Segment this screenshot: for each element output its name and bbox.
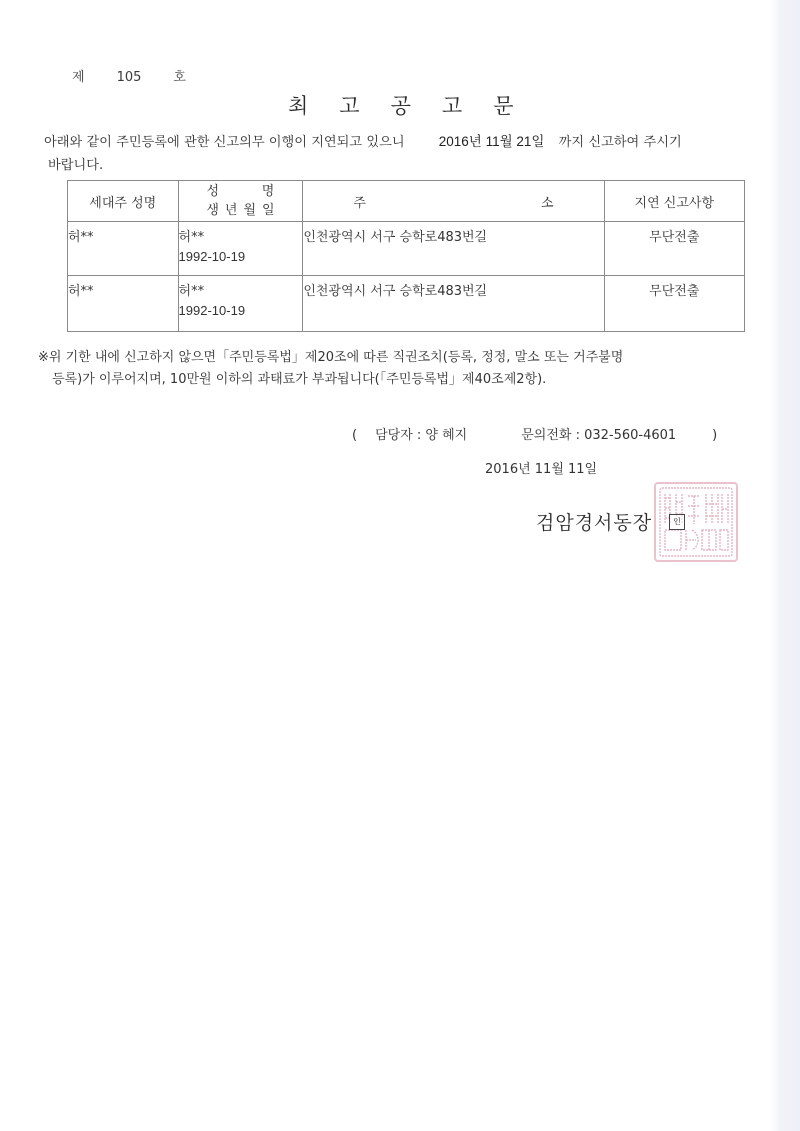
cell-name-birthdate: 허** 1992-10-19 (178, 276, 303, 332)
overdue-report-table: 세대주 성명 성 명 생년월일 주 소 지연 신고사항 허** (67, 180, 745, 332)
title-char: 고 (442, 90, 462, 120)
legal-notice-line1: ※위 기한 내에 신고하지 않으면「주민등록법」제20조에 따른 직권조치(등록… (38, 347, 768, 369)
header-address-right: 소 (541, 192, 554, 211)
contact-close-paren: ) (712, 428, 717, 443)
document-number-prefix: 제 (72, 66, 85, 85)
table-row: 허** 허** 1992-10-19 인천광역시 서구 승학로483번길 무단전… (68, 222, 745, 276)
header-name-left: 성 (207, 182, 220, 201)
page-title: 최고공고문 (288, 90, 513, 120)
intro-paragraph: 아래와 같이 주민등록에 관한 신고의무 이행이 지연되고 있으니 2016년 … (44, 130, 764, 177)
scan-edge-shadow (770, 0, 800, 1131)
cell-birthdate: 1992-10-19 (179, 247, 303, 266)
header-status: 지연 신고사항 (604, 181, 744, 222)
issue-date: 2016년 11월 11일 (485, 458, 597, 477)
deadline-date: 2016년 11월 21일 (439, 130, 545, 153)
cell-status: 무단전출 (604, 276, 744, 332)
seal-glyph-icon (656, 484, 736, 560)
cell-address: 인천광역시 서구 승학로483번길 (303, 222, 604, 276)
intro-text-line2: 바랍니다. (44, 154, 764, 177)
contact-info: (담당자 : 양 혜지문의전화 : 032-560-4601) (352, 424, 717, 443)
title-char: 공 (391, 90, 411, 120)
document-number-suffix: 호 (173, 66, 186, 85)
cell-name: 허** (179, 228, 303, 247)
title-char: 문 (493, 90, 513, 120)
cell-householder: 허** (68, 276, 179, 332)
header-householder: 세대주 성명 (68, 181, 179, 222)
contact-open-paren: ( (352, 428, 357, 443)
document-number-value: 105 (117, 70, 142, 85)
seal-mark-box: 인 (669, 514, 685, 530)
cell-name: 허** (179, 282, 303, 301)
cell-status: 무단전출 (604, 222, 744, 276)
intro-text-after: 까지 신고하여 주시기 (559, 135, 682, 150)
header-name-birthdate: 성 명 생년월일 (178, 181, 303, 222)
header-address: 주 소 (303, 181, 604, 222)
table-header-row: 세대주 성명 성 명 생년월일 주 소 지연 신고사항 (68, 181, 745, 222)
document-number: 제105호 (72, 66, 186, 85)
header-address-left: 주 (353, 192, 366, 211)
legal-notice-line2: 등록)가 이루어지며, 10만원 이하의 과태료가 부과됩니다(「주민등록법」제… (38, 369, 768, 391)
cell-birthdate: 1992-10-19 (179, 301, 303, 320)
contact-manager: 담당자 : 양 혜지 (375, 428, 467, 443)
title-char: 고 (339, 90, 359, 120)
header-name-right: 명 (262, 182, 275, 201)
legal-notice: ※위 기한 내에 신고하지 않으면「주민등록법」제20조에 따른 직권조치(등록… (38, 347, 768, 391)
header-birthdate: 생년월일 (179, 201, 303, 220)
cell-address: 인천광역시 서구 승학로483번길 (303, 276, 604, 332)
official-seal-stamp (654, 482, 738, 562)
cell-householder: 허** (68, 222, 179, 276)
cell-name-birthdate: 허** 1992-10-19 (178, 222, 303, 276)
title-char: 최 (288, 90, 308, 120)
table-row: 허** 허** 1992-10-19 인천광역시 서구 승학로483번길 무단전… (68, 276, 745, 332)
contact-phone: 문의전화 : 032-560-4601 (521, 428, 676, 443)
intro-text: 아래와 같이 주민등록에 관한 신고의무 이행이 지연되고 있으니 (44, 135, 405, 150)
issuer-name: 검암경서동장 (536, 508, 652, 535)
